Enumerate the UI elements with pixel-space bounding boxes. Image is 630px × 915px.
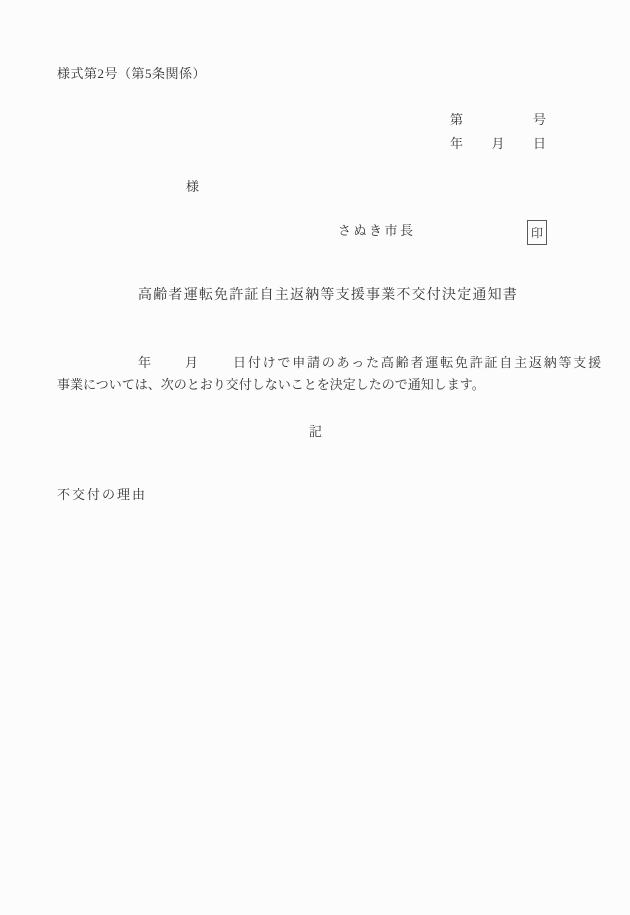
document-number-line: 第 号 <box>450 112 546 128</box>
seal-box: 印 <box>527 220 547 245</box>
date-year-label: 年 <box>450 136 463 152</box>
document-page: 様式第2号（第5条関係） 第 号 年 月 日 様 さぬき市長 印 高齢者運転免許… <box>0 0 630 915</box>
sender-title: さぬき市長 <box>338 223 416 239</box>
non-issuance-reason-label: 不交付の理由 <box>57 487 147 503</box>
recipient-honorific: 様 <box>186 179 199 195</box>
date-day-label: 日 <box>533 136 546 152</box>
document-title: 高齢者運転免許証自主返納等支援事業不交付決定通知書 <box>138 288 518 304</box>
body-month-label: 月 <box>185 355 198 370</box>
seal-mark: 印 <box>531 227 543 239</box>
form-number-note: 様式第2号（第5条関係） <box>57 66 206 82</box>
body-day-and-text: 日付けで申請のあった高齢者運転免許証自主返納等支援 <box>233 355 603 370</box>
date-line: 年 月 日 <box>450 136 546 152</box>
record-heading: 記 <box>309 424 322 440</box>
body-paragraph-line1: 年月日付けで申請のあった高齢者運転免許証自主返納等支援 <box>138 355 603 371</box>
date-month-label: 月 <box>491 136 504 152</box>
body-paragraph-line2: 事業については、次のとおり交付しないことを決定したので通知します。 <box>57 377 485 393</box>
doc-number-prefix: 第 <box>450 112 463 128</box>
doc-number-unit: 号 <box>533 112 546 128</box>
body-year-label: 年 <box>138 355 151 370</box>
